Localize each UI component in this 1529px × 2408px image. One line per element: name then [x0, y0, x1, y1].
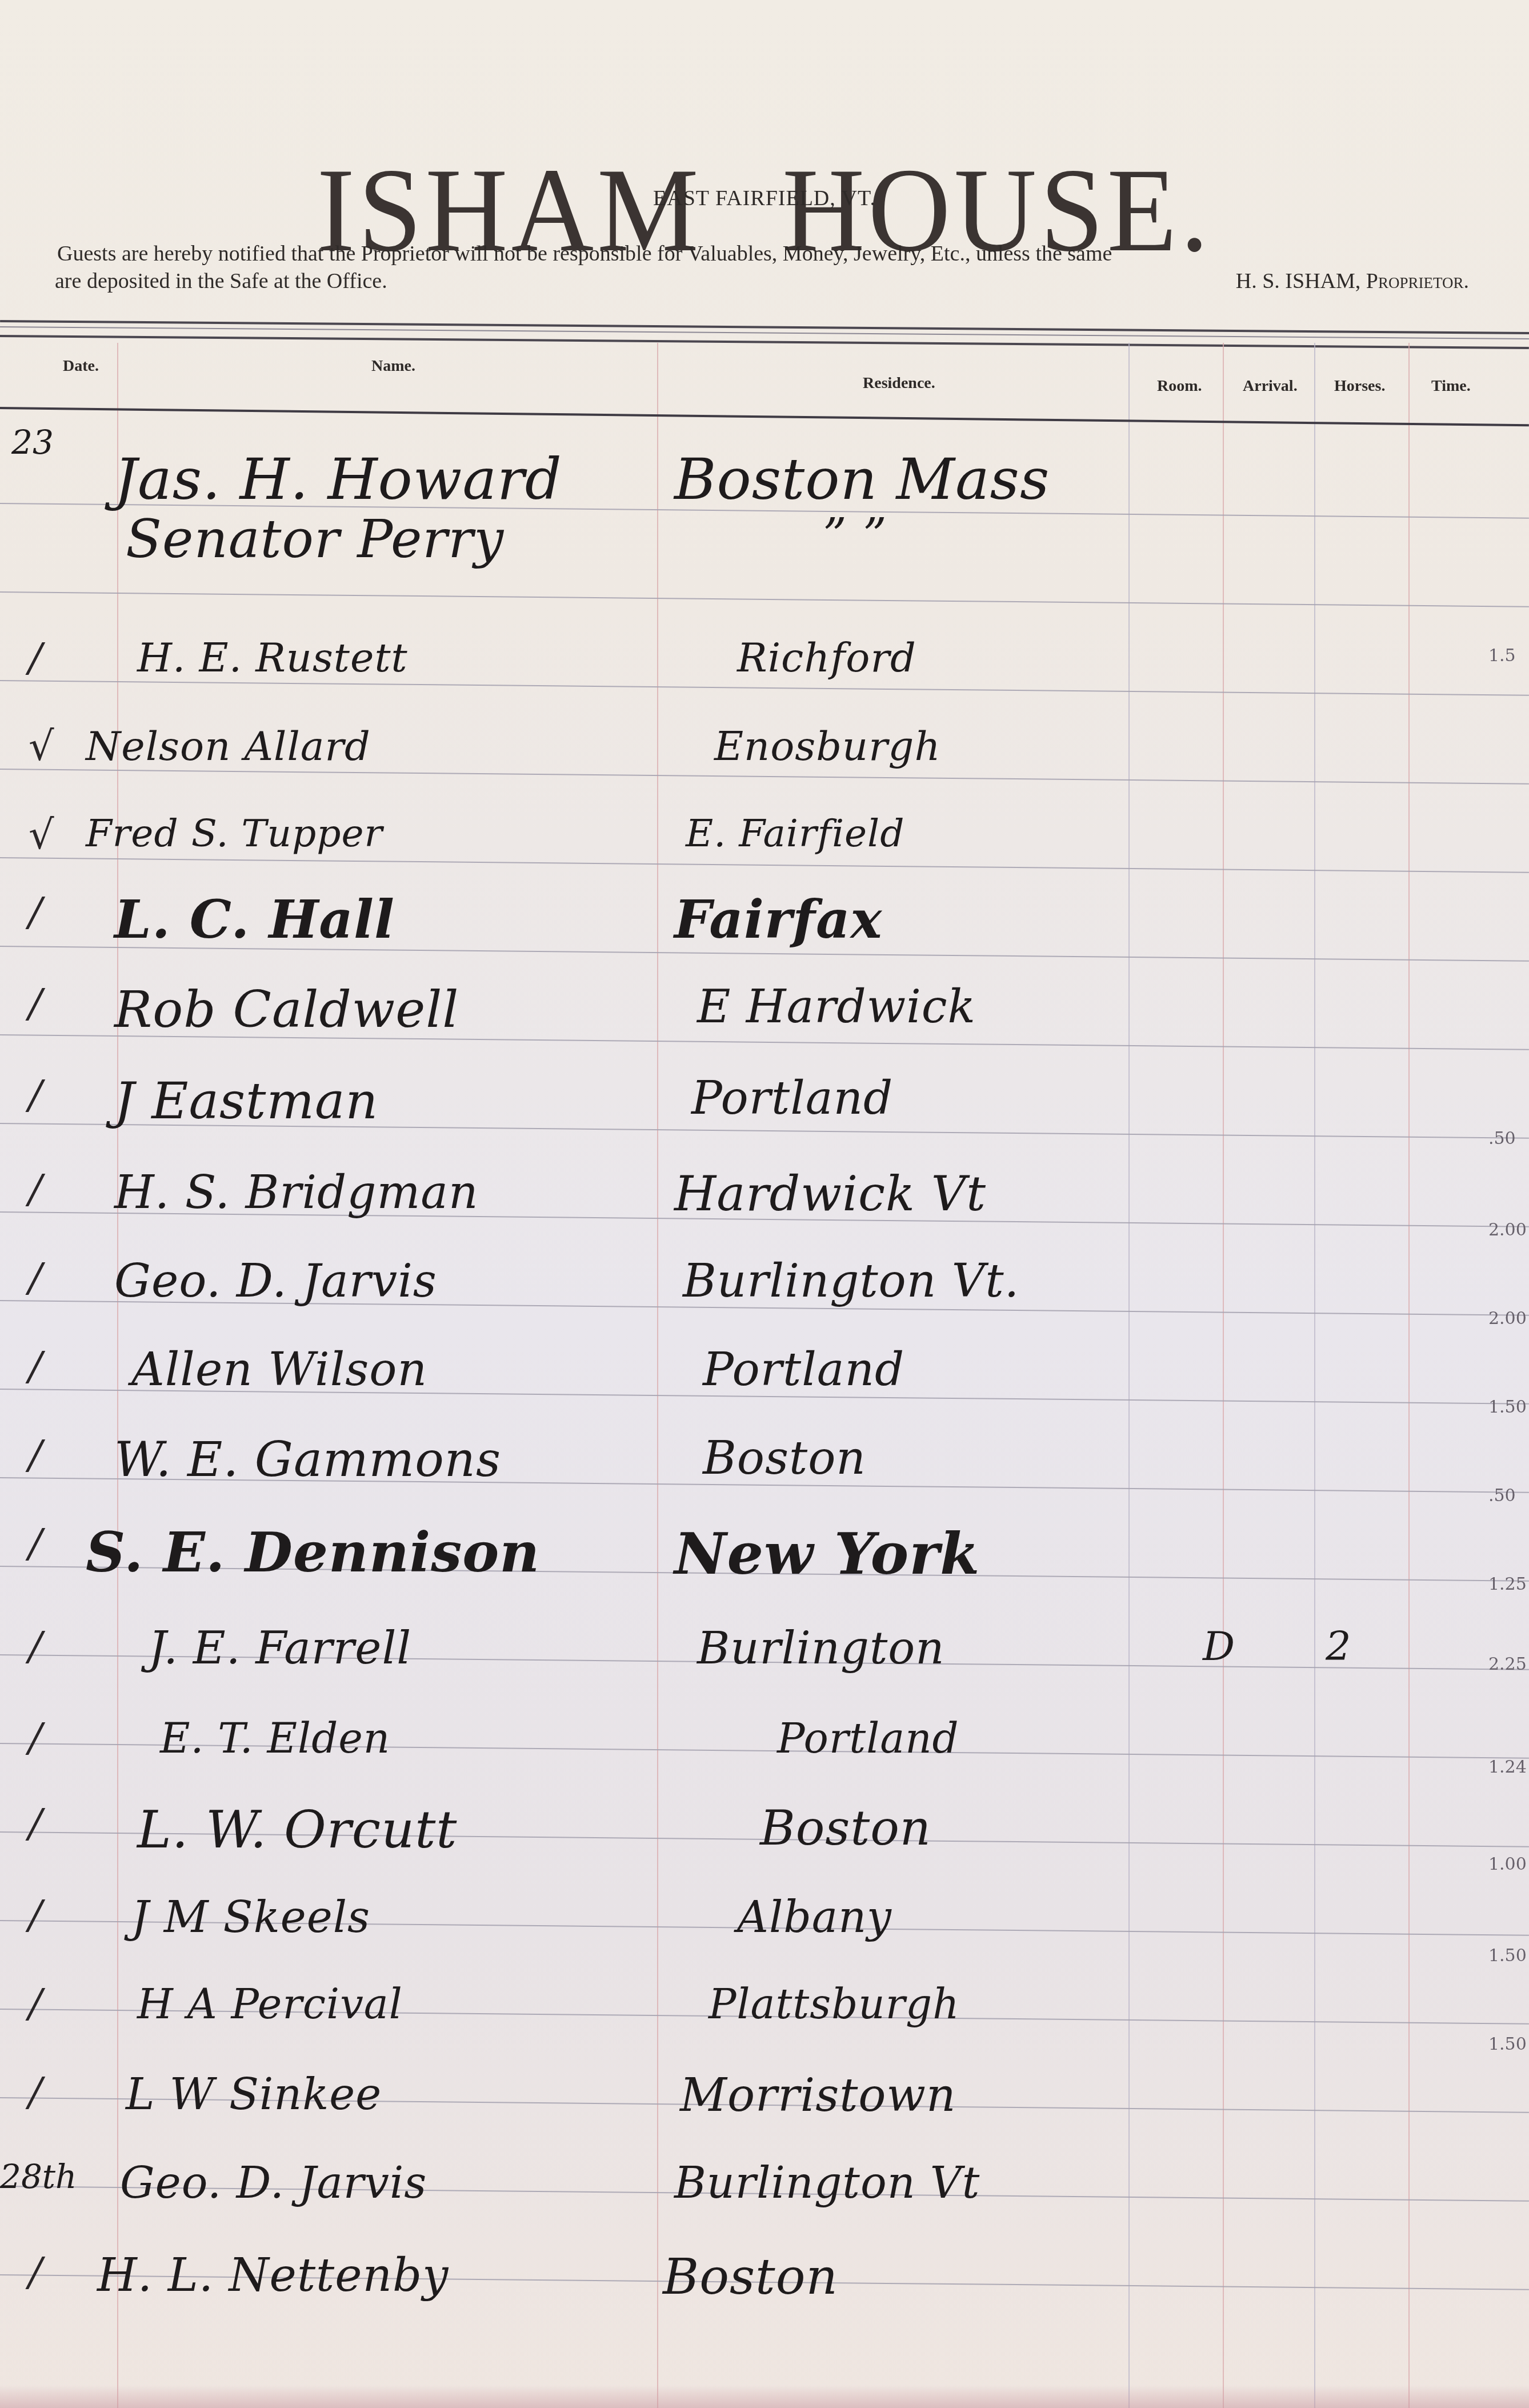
guest-residence: Boston [663, 2249, 838, 2306]
header-time: Time. [1431, 377, 1471, 395]
time-value: 1.50 [1488, 1397, 1527, 1417]
guest-name: L. C. Hall [114, 889, 395, 950]
guest-name: H. L. Nettenby [97, 2249, 449, 2302]
guest-residence: Portland [777, 1714, 959, 1762]
guest-residence: Plattsburgh [709, 1980, 960, 2028]
guest-name: H A Percival [137, 1980, 403, 2028]
register-entry: / L. C. Hall Fairfax [0, 889, 1529, 977]
check-mark: / [29, 2249, 42, 2295]
time-value: 1.00 [1488, 1854, 1527, 1874]
register-entry: / Rob Caldwell E Hardwick [0, 980, 1529, 1069]
guest-name: J Eastman [114, 1071, 378, 1130]
register-entry: / J. E. Farrell Burlington D 2 2.25 [0, 1623, 1529, 1711]
guest-residence: Boston [703, 1431, 866, 1485]
header-double-rule [0, 320, 1529, 349]
check-mark: / [29, 2069, 42, 2115]
valuables-notice: Guests are hereby notified that the Prop… [57, 240, 1523, 295]
register-entry: √ Fred S. Tupper E. Fairfield [0, 811, 1529, 900]
check-mark: √ [29, 723, 54, 770]
register-entry: / J Eastman Portland .50 [0, 1071, 1529, 1160]
register-entry: / H. S. Bridgman Hardwick Vt 2.00 [0, 1166, 1529, 1254]
register-entry: / Geo. D. Jarvis Burlington Vt. 2.00 [0, 1254, 1529, 1343]
register-entry: Senator Perry ” ” [0, 509, 1529, 597]
guest-residence: Morristown [680, 2069, 956, 2122]
arrival-mark: D [1203, 1623, 1235, 1670]
guest-name: S. E. Dennison [86, 1520, 540, 1585]
header-horses: Horses. [1334, 377, 1385, 395]
register-entry: / H. E. Rustett Richford 1.5 [0, 634, 1529, 723]
guest-residence: Fairfax [674, 889, 882, 950]
header-room: Room. [1157, 377, 1202, 395]
register-entry: / Allen Wilson Portland 1.50 [0, 1343, 1529, 1431]
time-value: 2.25 [1488, 1654, 1527, 1674]
guest-name: J M Skeels [131, 1891, 370, 1942]
guest-name: H. E. Rustett [137, 634, 408, 681]
check-mark: / [29, 1254, 42, 1301]
guest-name: L W Sinkee [126, 2069, 382, 2119]
check-mark: / [29, 889, 42, 935]
horses-count: 2 [1326, 1623, 1351, 1670]
check-mark: / [29, 1071, 42, 1118]
guest-name: J. E. Farrell [149, 1623, 411, 1674]
time-value: .50 [1488, 1129, 1516, 1149]
register-entry: 28th Geo. D. Jarvis Burlington Vt [0, 2157, 1529, 2246]
guest-residence: Richford [737, 634, 916, 681]
header-arrival: Arrival. [1243, 377, 1298, 395]
check-mark: / [29, 634, 42, 681]
header-name: Name. [371, 357, 415, 375]
check-mark: / [29, 1891, 42, 1938]
register-entry: / H A Percival Plattsburgh 1.50 [0, 1980, 1529, 2069]
proprietor-signature: H. S. ISHAM, Proprietor. [1236, 267, 1469, 295]
register-entry: / E. T. Elden Portland 1.24 [0, 1714, 1529, 1803]
guest-residence: Burlington [697, 1623, 944, 1674]
time-value: 1.5 [1488, 646, 1516, 666]
check-mark: / [29, 1520, 42, 1567]
guest-residence: Boston [760, 1800, 931, 1856]
guest-name: H. S. Bridgman [114, 1166, 479, 1219]
guest-residence: E Hardwick [697, 980, 976, 1033]
column-headers: Date. Name. Residence. Room. Arrival. Ho… [0, 357, 1529, 391]
guest-residence: Hardwick Vt [674, 1166, 986, 1222]
guest-name: E. T. Elden [160, 1714, 390, 1762]
guest-residence: Enosburgh [714, 723, 941, 770]
register-entry: / J M Skeels Albany 1.50 [0, 1891, 1529, 1980]
check-mark: / [29, 1714, 42, 1761]
check-mark: / [29, 980, 42, 1027]
check-mark: / [29, 1623, 42, 1670]
register-page: ISHAMHOUSE. EAST FAIRFIELD, VT. Guests a… [0, 0, 1529, 2408]
guest-name: Geo. D. Jarvis [114, 1254, 437, 1307]
guest-residence: New York [674, 1520, 980, 1587]
time-value: 1.50 [1488, 1946, 1527, 1966]
guest-residence: Portland [703, 1343, 904, 1396]
guest-name: Fred S. Tupper [86, 811, 383, 855]
guest-name: Allen Wilson [131, 1343, 427, 1396]
notice-line-2: are deposited in the Safe at the Office. [55, 267, 387, 295]
guest-name: Geo. D. Jarvis [120, 2157, 427, 2208]
time-value: 1.24 [1488, 1757, 1527, 1777]
guest-name: Rob Caldwell [114, 980, 459, 1039]
guest-name: Jas. H. Howard [114, 446, 562, 513]
register-entry: / H. L. Nettenby Boston [0, 2249, 1529, 2337]
guest-residence: Boston Mass [674, 446, 1050, 513]
guest-name: W. E. Gammons [114, 1431, 501, 1487]
entry-date: 23 [11, 423, 54, 462]
guest-residence: Burlington Vt [674, 2157, 980, 2208]
entry-date: 28th [0, 2157, 77, 2196]
time-value: .50 [1488, 1486, 1516, 1506]
time-value: 2.00 [1488, 1220, 1527, 1240]
register-entry: / L. W. Orcutt Boston 1.00 [0, 1800, 1529, 1889]
guest-residence: ” ” [823, 509, 887, 563]
notice-line-1: Guests are hereby notified that the Prop… [57, 240, 1523, 267]
time-value: 1.25 [1488, 1574, 1527, 1594]
register-entry: √ Nelson Allard Enosburgh [0, 723, 1529, 811]
guest-residence: E. Fairfield [686, 811, 904, 855]
time-value: 2.00 [1488, 1309, 1527, 1329]
check-mark: √ [29, 811, 54, 858]
check-mark: / [29, 1166, 42, 1213]
register-entry: / S. E. Dennison New York 1.25 [0, 1520, 1529, 1609]
register-entry: 23 Jas. H. Howard Boston Mass [0, 423, 1529, 511]
check-mark: / [29, 1800, 42, 1847]
register-entry: / L W Sinkee Morristown [0, 2069, 1529, 2157]
check-mark: / [29, 1980, 42, 2027]
header-residence: Residence. [863, 374, 935, 393]
guest-name: Senator Perry [126, 509, 504, 570]
hotel-location: EAST FAIRFIELD, VT. [0, 186, 1529, 211]
guest-residence: Burlington Vt. [683, 1254, 1019, 1307]
time-value: 1.50 [1488, 2034, 1527, 2054]
header-date: Date. [63, 357, 99, 375]
page-bottom-edge [0, 2385, 1529, 2408]
check-mark: / [29, 1343, 42, 1390]
guest-residence: Portland [691, 1071, 893, 1125]
check-mark: / [29, 1431, 42, 1478]
register-entry: / W. E. Gammons Boston .50 [0, 1431, 1529, 1520]
guest-name: L. W. Orcutt [137, 1800, 457, 1860]
guest-residence: Albany [737, 1891, 892, 1942]
guest-name: Nelson Allard [86, 723, 371, 770]
